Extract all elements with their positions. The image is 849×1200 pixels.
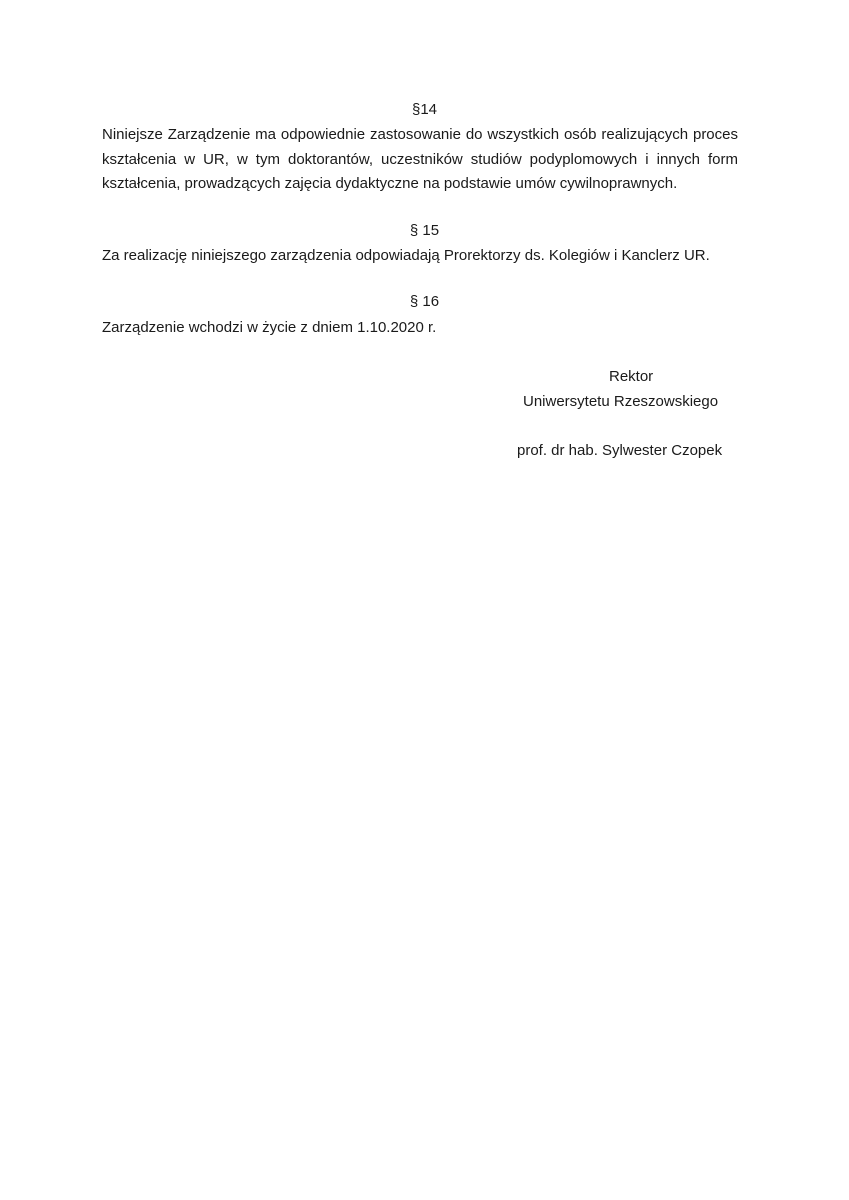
section-16-heading: § 16 [0, 293, 849, 310]
section-15-text: Za realizację niniejszego zarządzenia od… [102, 244, 738, 269]
document-page: §14 Niniejsze Zarządzenie ma odpowiednie… [0, 0, 849, 1200]
section-16-text: Zarządzenie wchodzi w życie z dniem 1.10… [102, 316, 738, 341]
section-15-heading: § 15 [0, 222, 849, 239]
signature-institution: Uniwersytetu Rzeszowskiego [523, 393, 718, 410]
signature-name: prof. dr hab. Sylwester Czopek [517, 442, 722, 459]
section-14-text: Niniejsze Zarządzenie ma odpowiednie zas… [102, 123, 738, 197]
section-14-heading: §14 [0, 101, 849, 118]
signature-title: Rektor [609, 368, 653, 385]
